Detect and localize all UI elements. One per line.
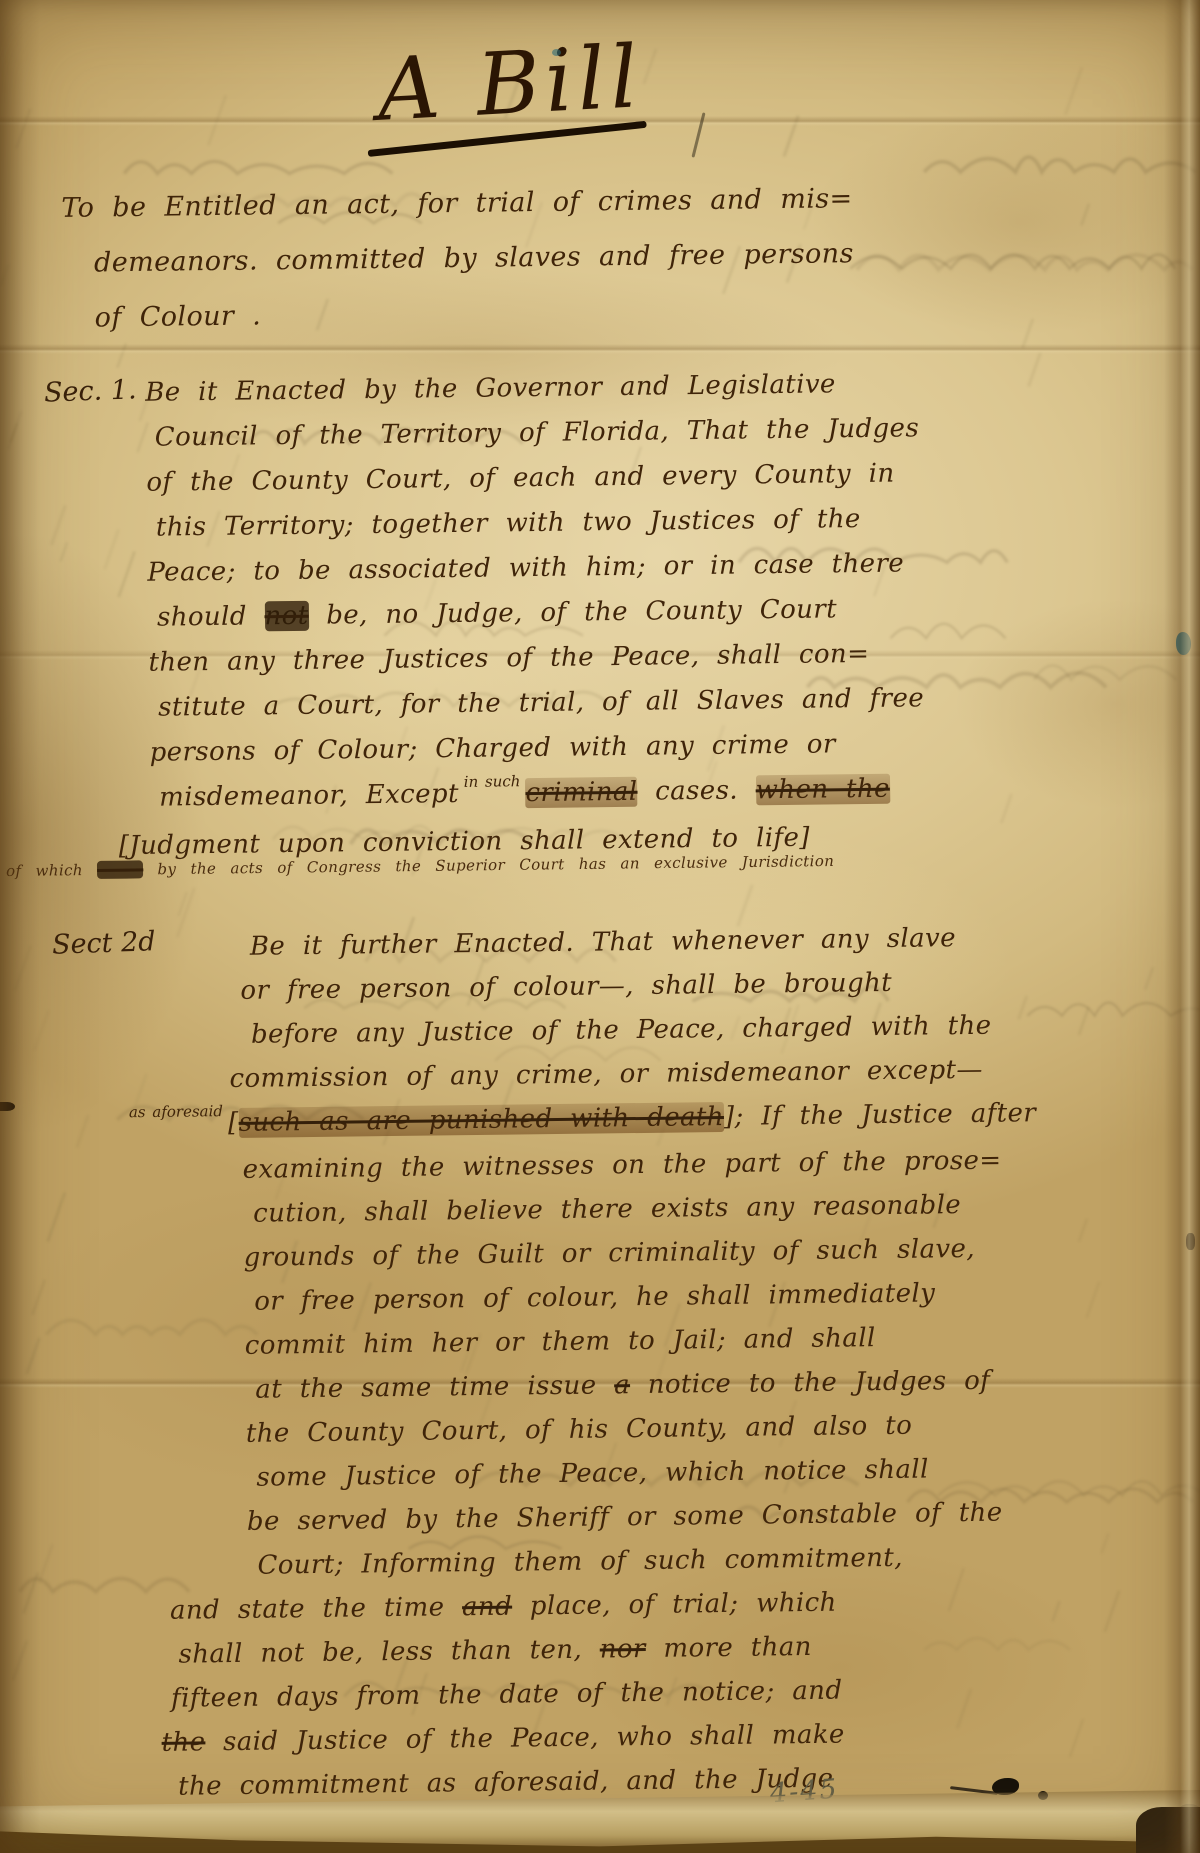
manuscript-line: of Colour . <box>94 281 854 345</box>
text-segment: Council of the Territory of Florida, Tha… <box>155 413 920 452</box>
text-segment: should <box>157 601 265 632</box>
text-segment: before any Justice of the Peace, charged… <box>251 1011 992 1050</box>
text-segment: misdemeanor, Except <box>159 779 459 813</box>
text-segment: To be Entitled an act, for trial of crim… <box>61 183 853 224</box>
text-segment: stitute a Court, for the trial, of all S… <box>158 683 924 722</box>
struck-text-segment: a <box>614 1370 630 1400</box>
text-segment: commission of any crime, or misdemeanor … <box>229 1055 983 1094</box>
text-segment: examining the witnesses on the part of t… <box>242 1146 1001 1185</box>
text-segment: Court; Informing them of such commitment… <box>257 1543 903 1581</box>
text-segment: [ <box>228 1108 239 1138</box>
text-segment: at the same time issue <box>255 1370 614 1404</box>
text-segment: be, no Judge, of the County Court <box>308 594 837 630</box>
text-segment: or free person of colour—, shall be brou… <box>240 968 892 1006</box>
text-segment: of Colour . <box>95 300 262 333</box>
section2-label: Sect 2d <box>51 926 156 961</box>
struck-text-segment: nor <box>600 1634 646 1665</box>
paper-crease <box>0 344 1200 354</box>
text-segment: some Justice of the Peace, which notice … <box>256 1455 929 1493</box>
text-segment: Be it Enacted by the Governor and Legisl… <box>145 369 836 407</box>
left-edge-shading <box>0 0 40 1853</box>
text-segment: cution, shall believe there exists any r… <box>253 1190 961 1229</box>
manuscript-line: demeanors. committed by slaves and free … <box>94 226 854 290</box>
section1-paragraph: Be it Enacted by the Governor and Legisl… <box>145 361 926 868</box>
manuscript-page: A Bill To be Entitled an act, for trial … <box>0 0 1200 1853</box>
manuscript-line: misdemeanor, Exceptin suchcriminal cases… <box>159 766 926 823</box>
interlinear-insertion: as aforesaid <box>129 1089 224 1134</box>
struck-text-segment: not <box>264 601 308 632</box>
struck-text-segment: criminal <box>525 777 637 808</box>
text-segment: said Justice of the Peace, who shall mak… <box>205 1720 845 1758</box>
caption-paragraph: To be Entitled an act, for trial of crim… <box>61 171 855 346</box>
struck-text-segment: and <box>462 1592 512 1623</box>
text-segment: the commitment as aforesaid, and the Jud… <box>178 1764 834 1802</box>
text-segment: demeanors. committed by slaves and free … <box>94 238 854 278</box>
text-segment: grounds of the Guilt or criminality of s… <box>244 1234 976 1273</box>
text-segment: Be it further Enacted. That whenever any… <box>250 923 956 962</box>
text-segment: notice to the Judges of <box>630 1366 991 1400</box>
text-segment: or free person of colour, he shall immed… <box>254 1278 935 1316</box>
section1-label: Sec. 1. <box>43 374 137 408</box>
text-segment: shall not be, less than ten, <box>178 1635 600 1670</box>
text-segment: the County Court, of his County, and als… <box>246 1411 913 1449</box>
text-segment: fifteen days from the date of the notice… <box>171 1676 843 1714</box>
text-segment: and state the time <box>170 1592 462 1626</box>
text-segment: then any three Justices of the Peace, sh… <box>148 639 869 678</box>
text-segment: more than <box>646 1632 812 1664</box>
text-segment: place, of trial; which <box>512 1588 837 1622</box>
text-segment: cases. <box>637 775 755 806</box>
document-title: A Bill <box>248 20 773 147</box>
text-segment: this Territory; together with two Justic… <box>156 504 861 543</box>
struck-text-segment: when the <box>755 774 890 806</box>
struck-text-segment: the <box>161 1727 205 1758</box>
text-segment: commit him her or them to Jail; and shal… <box>245 1323 876 1361</box>
manuscript-line: To be Entitled an act, for trial of crim… <box>61 171 853 236</box>
interlinear-insertion: in such <box>463 759 520 805</box>
struck-text-segment: ——— <box>97 860 143 879</box>
section2-paragraph: Be it further Enacted. That whenever any… <box>240 915 1045 1808</box>
struck-text-segment: such as are punished with death <box>238 1102 724 1138</box>
text-segment: Peace; to be associated with him; or in … <box>147 548 904 587</box>
text-segment: of the County Court, of each and every C… <box>146 459 895 498</box>
right-fold-edge <box>1164 0 1200 1853</box>
text-segment: be served by the Sheriff or some Constab… <box>247 1498 1003 1537</box>
text-segment: ]; If the Justice after <box>724 1098 1037 1132</box>
